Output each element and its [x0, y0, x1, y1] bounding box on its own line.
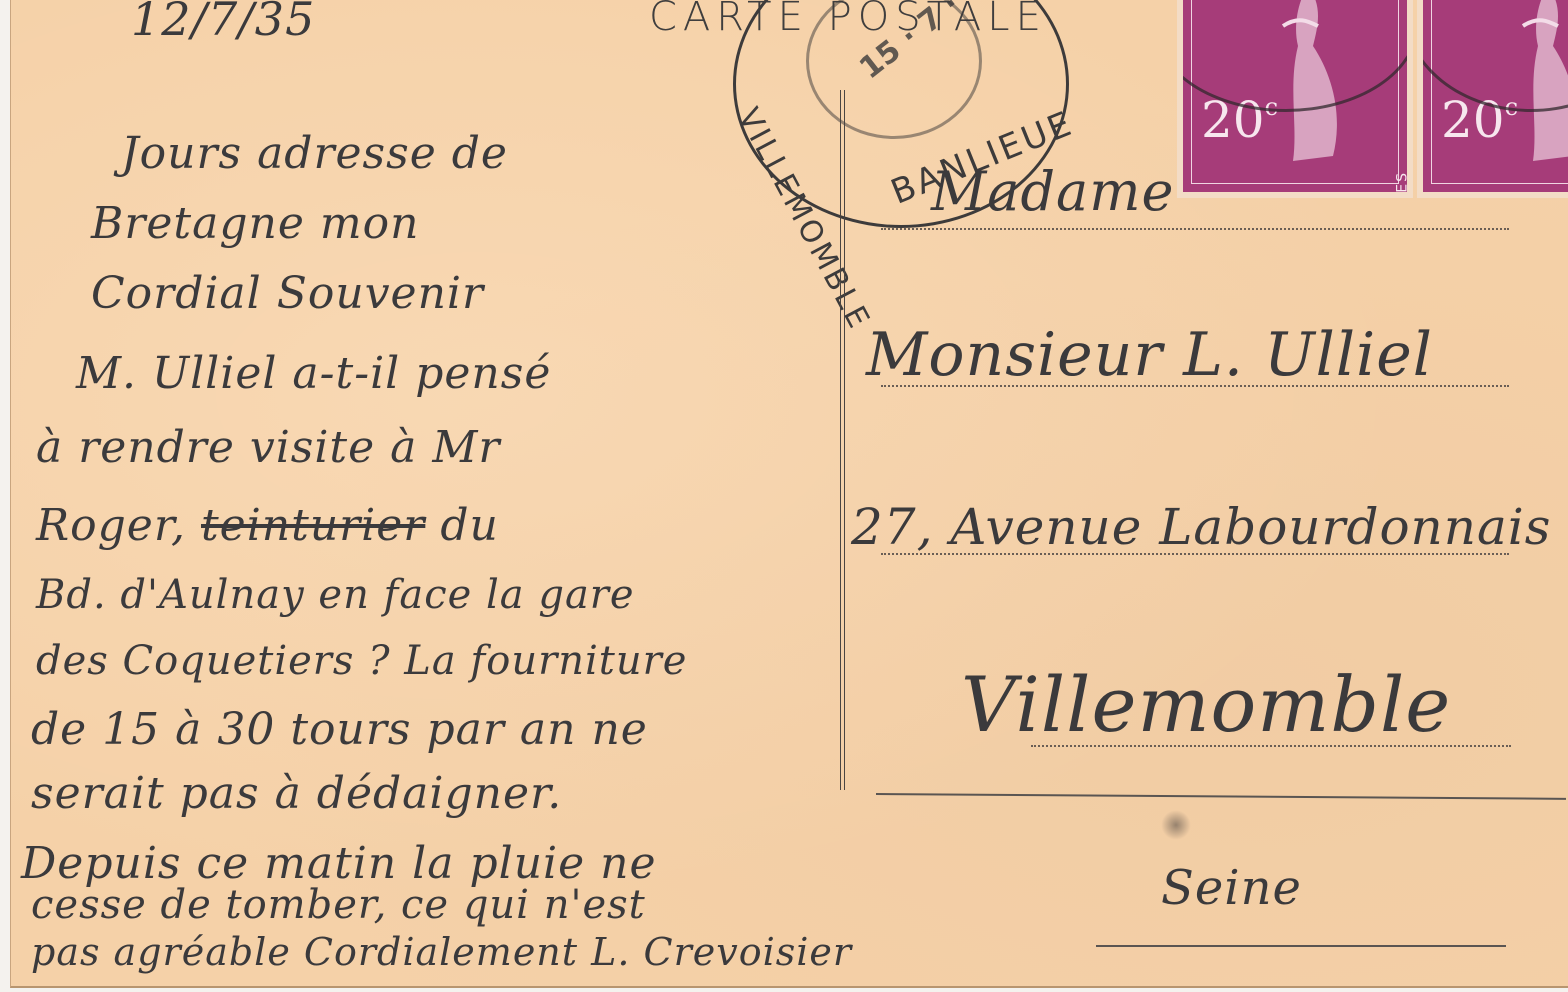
center-divider — [840, 90, 845, 790]
message-line: serait pas à dédaigner. — [31, 768, 562, 819]
address-underline — [1096, 945, 1506, 947]
message-line: Bretagne mon — [91, 198, 419, 249]
message-line: M. Ulliel a-t-il pensé — [76, 348, 551, 399]
message-line-signature: pas agréable Cordialement L. Crevoisier — [31, 930, 852, 974]
message-line: Jours adresse de — [121, 128, 508, 179]
postmark-town: VILLEMOMBLE — [731, 102, 878, 336]
struck-word: teinturier — [201, 500, 425, 551]
postage-stamp: 20c POSTES — [1183, 0, 1407, 192]
address-street: 27, Avenue Labourdonnais — [851, 498, 1551, 556]
message-line: Bd. d'Aulnay en face la gare — [36, 572, 635, 618]
address-underline — [876, 793, 1566, 800]
address-department: Seine — [1161, 860, 1302, 916]
address-city: Villemomble — [961, 660, 1451, 749]
stamp-label: POSTES — [1395, 171, 1407, 192]
message-line: des Coquetiers ? La fourniture — [36, 638, 687, 684]
handwritten-date: 12/7/35 — [131, 0, 315, 46]
message-line: Roger, teinturier du — [36, 500, 499, 551]
ink-smudge — [1161, 810, 1191, 840]
postage-stamp: 20c — [1423, 0, 1568, 192]
address-guide-line — [881, 228, 1509, 230]
message-line: à rendre visite à Mr — [36, 422, 500, 473]
postcard: CARTE POSTALE 15 · 7 · 35 VILLEMOMBLE BA… — [10, 0, 1568, 988]
message-line: Cordial Souvenir — [91, 268, 484, 319]
address-salutation: Madame — [931, 160, 1174, 223]
address-recipient: Monsieur L. Ulliel — [866, 320, 1433, 390]
message-line: cesse de tomber, ce qui n'est — [31, 882, 646, 928]
message-line: de 15 à 30 tours par an ne — [31, 704, 648, 755]
